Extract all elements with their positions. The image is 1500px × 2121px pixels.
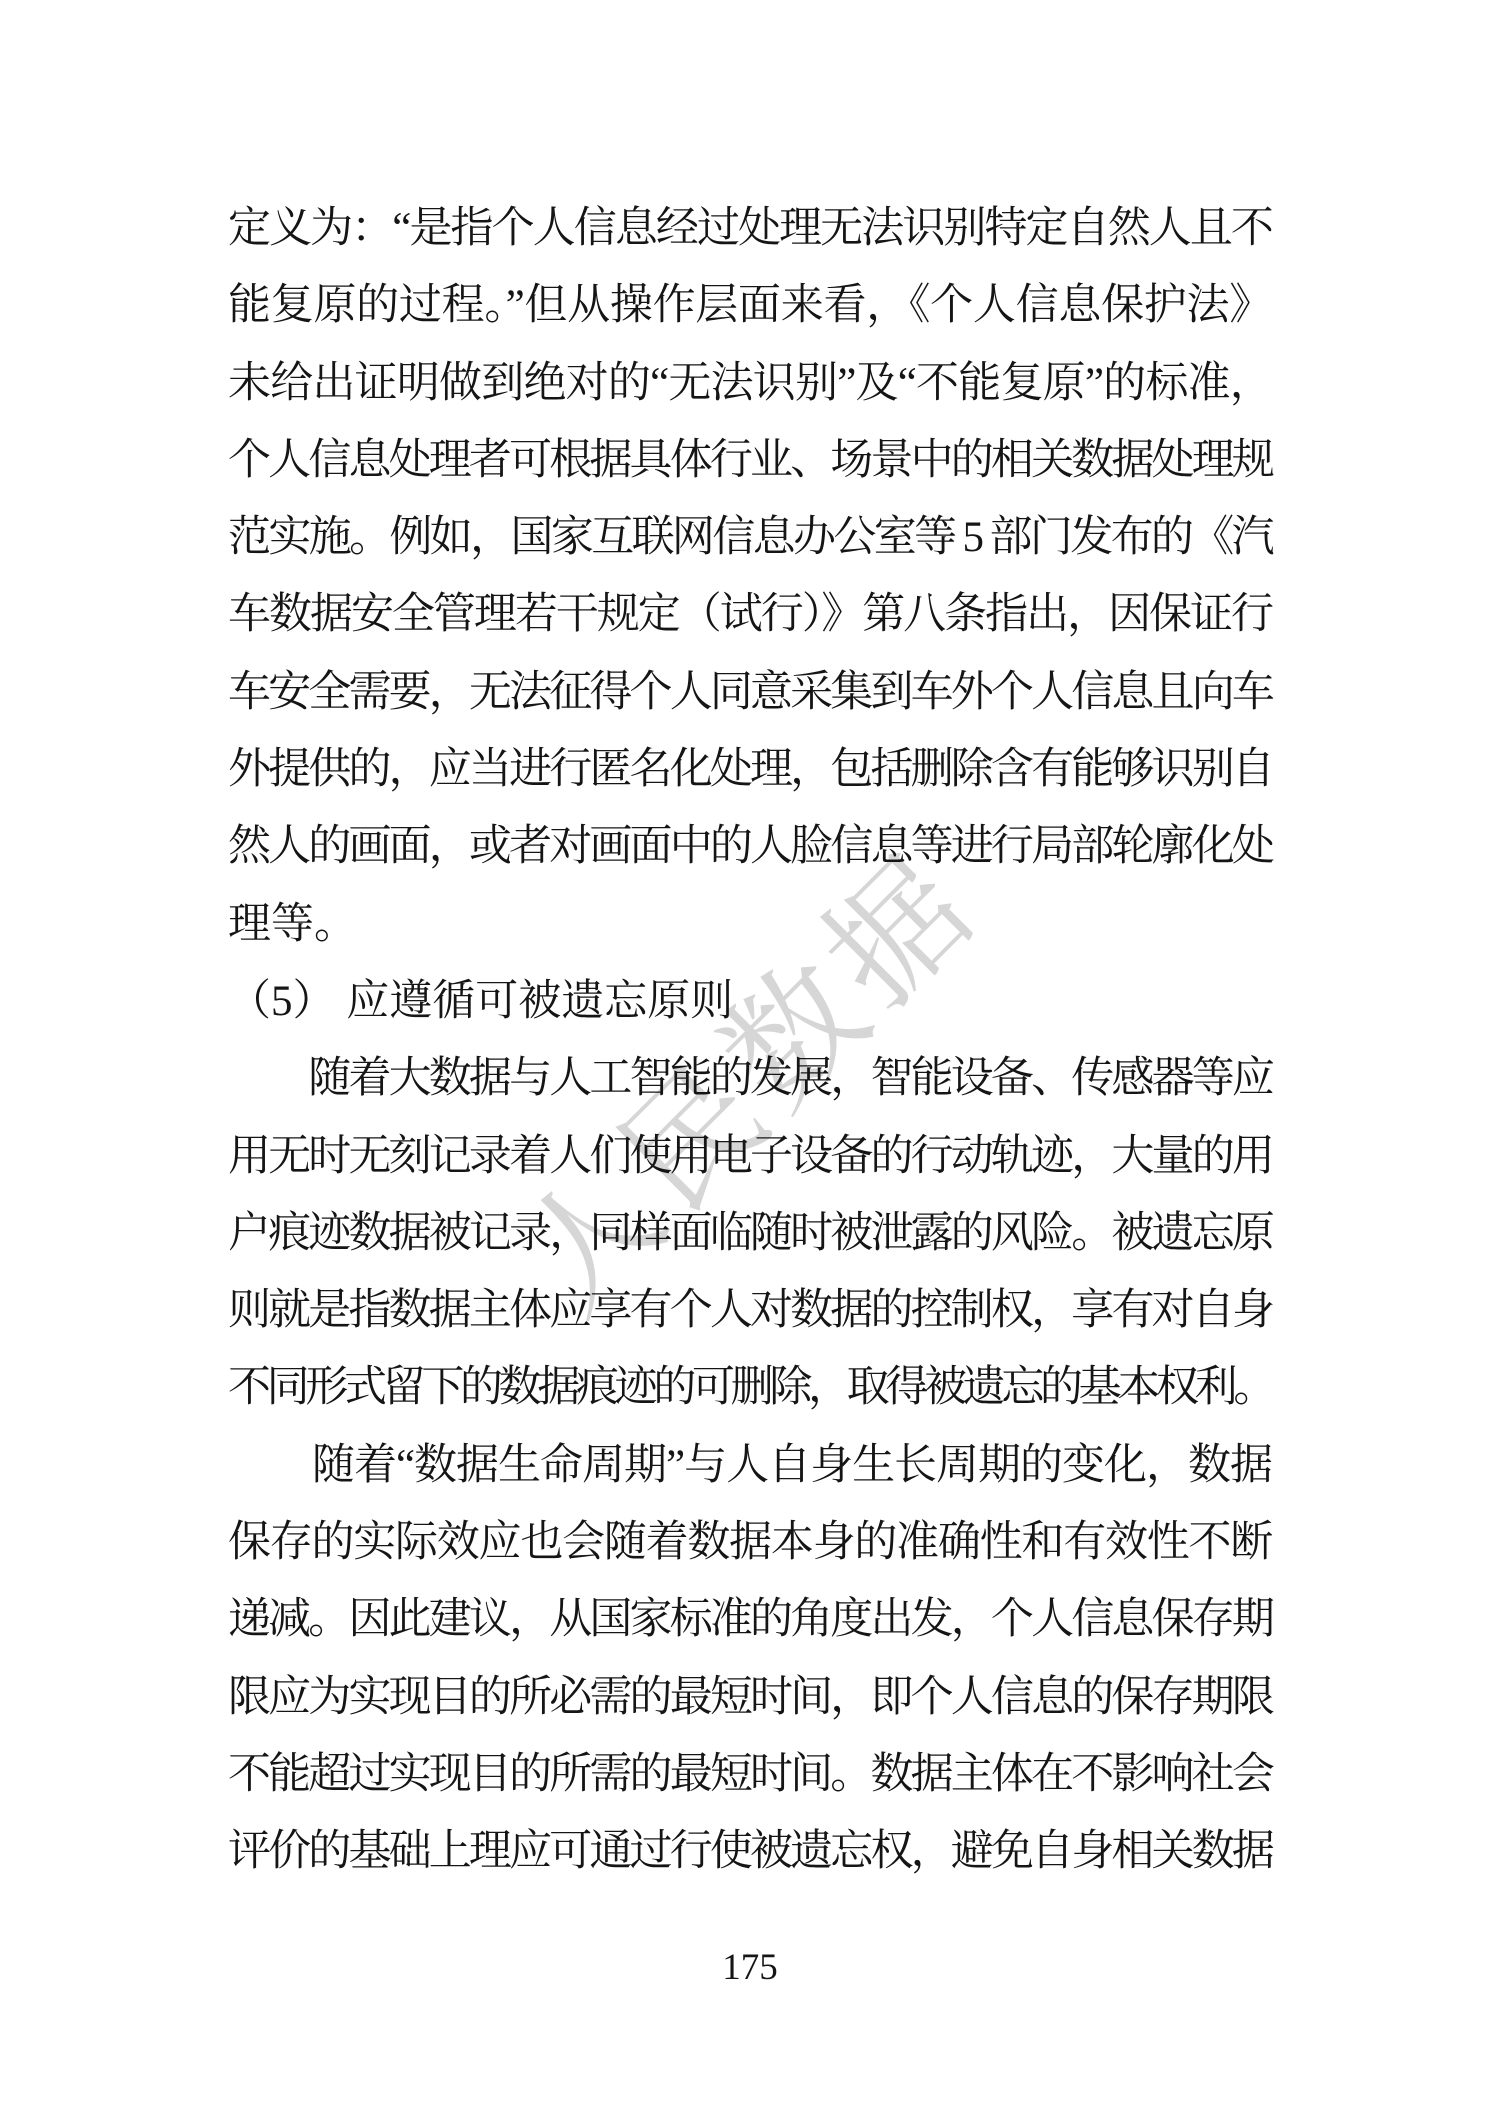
text-line-content: 车数据安全管理若干规定（试行）》第八条指出，因保证行: [228, 576, 1272, 653]
text-line: 理等。: [228, 886, 1272, 963]
text-line-content: 外提供的，应当进行匿名化处理，包括删除含有能够识别自: [228, 731, 1272, 808]
text-line-content: 个人信息处理者可根据具体行业、场景中的相关数据处理规: [228, 422, 1272, 499]
text-line-content: 定义为：“是指个人信息经过处理无法识别特定自然人且不: [228, 190, 1272, 267]
text-line-content: 用无时无刻记录着人们使用电子设备的行动轨迹，大量的用: [228, 1118, 1272, 1195]
text-line: 车安全需要，无法征得个人同意采集到车外个人信息且向车: [228, 654, 1272, 731]
section-heading: （5） 应遵循可被遗忘原则: [228, 963, 1272, 1040]
text-line-content: 随着“数据生命周期”与人自身生长周期的变化，数据: [228, 1427, 1272, 1504]
text-line: 未给出证明做到绝对的“无法识别”及“不能复原”的标准，: [228, 345, 1272, 422]
document-page: 人民数据 定义为：“是指个人信息经过处理无法识别特定自然人且不 能复原的过程。”…: [0, 0, 1500, 2121]
text-line-content: 车安全需要，无法征得个人同意采集到车外个人信息且向车: [228, 654, 1272, 731]
text-line: 限应为实现目的所必需的最短时间，即个人信息的保存期限: [228, 1659, 1272, 1736]
text-line-content: 限应为实现目的所必需的最短时间，即个人信息的保存期限: [228, 1659, 1272, 1736]
text-line: 范实施。例如，国家互联网信息办公室等 5 部门发布的《汽: [228, 499, 1272, 576]
text-line-content: 能复原的过程。”但从操作层面来看，《个人信息保护法》: [228, 267, 1272, 344]
text-line: 然人的画面，或者对画面中的人脸信息等进行局部轮廓化处: [228, 808, 1272, 885]
text-line: 户痕迹数据被记录，同样面临随时被泄露的风险。被遗忘原: [228, 1195, 1272, 1272]
text-line-content: （5） 应遵循可被遗忘原则: [228, 963, 733, 1040]
text-line: 不能超过实现目的所需的最短时间。数据主体在不影响社会: [228, 1736, 1272, 1813]
text-line: 递减。因此建议，从国家标准的角度出发，个人信息保存期: [228, 1581, 1272, 1658]
text-line: 个人信息处理者可根据具体行业、场景中的相关数据处理规: [228, 422, 1272, 499]
text-line: 保存的实际效应也会随着数据本身的准确性和有效性不断: [228, 1504, 1272, 1581]
page-number: 175: [0, 1946, 1500, 1989]
text-line: 能复原的过程。”但从操作层面来看，《个人信息保护法》: [228, 267, 1272, 344]
text-line: 定义为：“是指个人信息经过处理无法识别特定自然人且不: [228, 190, 1272, 267]
text-line-content: 不同形式留下的数据痕迹的可删除，取得被遗忘的基本权利。: [228, 1349, 1272, 1426]
text-line-content: 评价的基础上理应可通过行使被遗忘权，避免自身相关数据: [228, 1813, 1272, 1890]
text-line: 车数据安全管理若干规定（试行）》第八条指出，因保证行: [228, 576, 1272, 653]
text-line-content: 保存的实际效应也会随着数据本身的准确性和有效性不断: [228, 1504, 1272, 1581]
text-line-content: 未给出证明做到绝对的“无法识别”及“不能复原”的标准，: [228, 345, 1272, 422]
text-line-content: 则就是指数据主体应享有个人对数据的控制权，享有对自身: [228, 1272, 1272, 1349]
text-line-content: 范实施。例如，国家互联网信息办公室等 5 部门发布的《汽: [228, 499, 1272, 576]
text-line: 用无时无刻记录着人们使用电子设备的行动轨迹，大量的用: [228, 1118, 1272, 1195]
text-block: 定义为：“是指个人信息经过处理无法识别特定自然人且不 能复原的过程。”但从操作层…: [228, 190, 1272, 1891]
text-line: 随着“数据生命周期”与人自身生长周期的变化，数据: [228, 1427, 1272, 1504]
text-line: 外提供的，应当进行匿名化处理，包括删除含有能够识别自: [228, 731, 1272, 808]
text-line-content: 理等。: [228, 886, 357, 963]
text-line-content: 不能超过实现目的所需的最短时间。数据主体在不影响社会: [228, 1736, 1272, 1813]
text-line-content: 随着大数据与人工智能的发展，智能设备、传感器等应: [228, 1040, 1272, 1117]
text-line: 评价的基础上理应可通过行使被遗忘权，避免自身相关数据: [228, 1813, 1272, 1890]
text-line: 则就是指数据主体应享有个人对数据的控制权，享有对自身: [228, 1272, 1272, 1349]
text-line-content: 然人的画面，或者对画面中的人脸信息等进行局部轮廓化处: [228, 808, 1272, 885]
text-line: 不同形式留下的数据痕迹的可删除，取得被遗忘的基本权利。: [228, 1349, 1272, 1426]
text-line-content: 户痕迹数据被记录，同样面临随时被泄露的风险。被遗忘原: [228, 1195, 1272, 1272]
text-line: 随着大数据与人工智能的发展，智能设备、传感器等应: [228, 1040, 1272, 1117]
text-line-content: 递减。因此建议，从国家标准的角度出发，个人信息保存期: [228, 1581, 1272, 1658]
